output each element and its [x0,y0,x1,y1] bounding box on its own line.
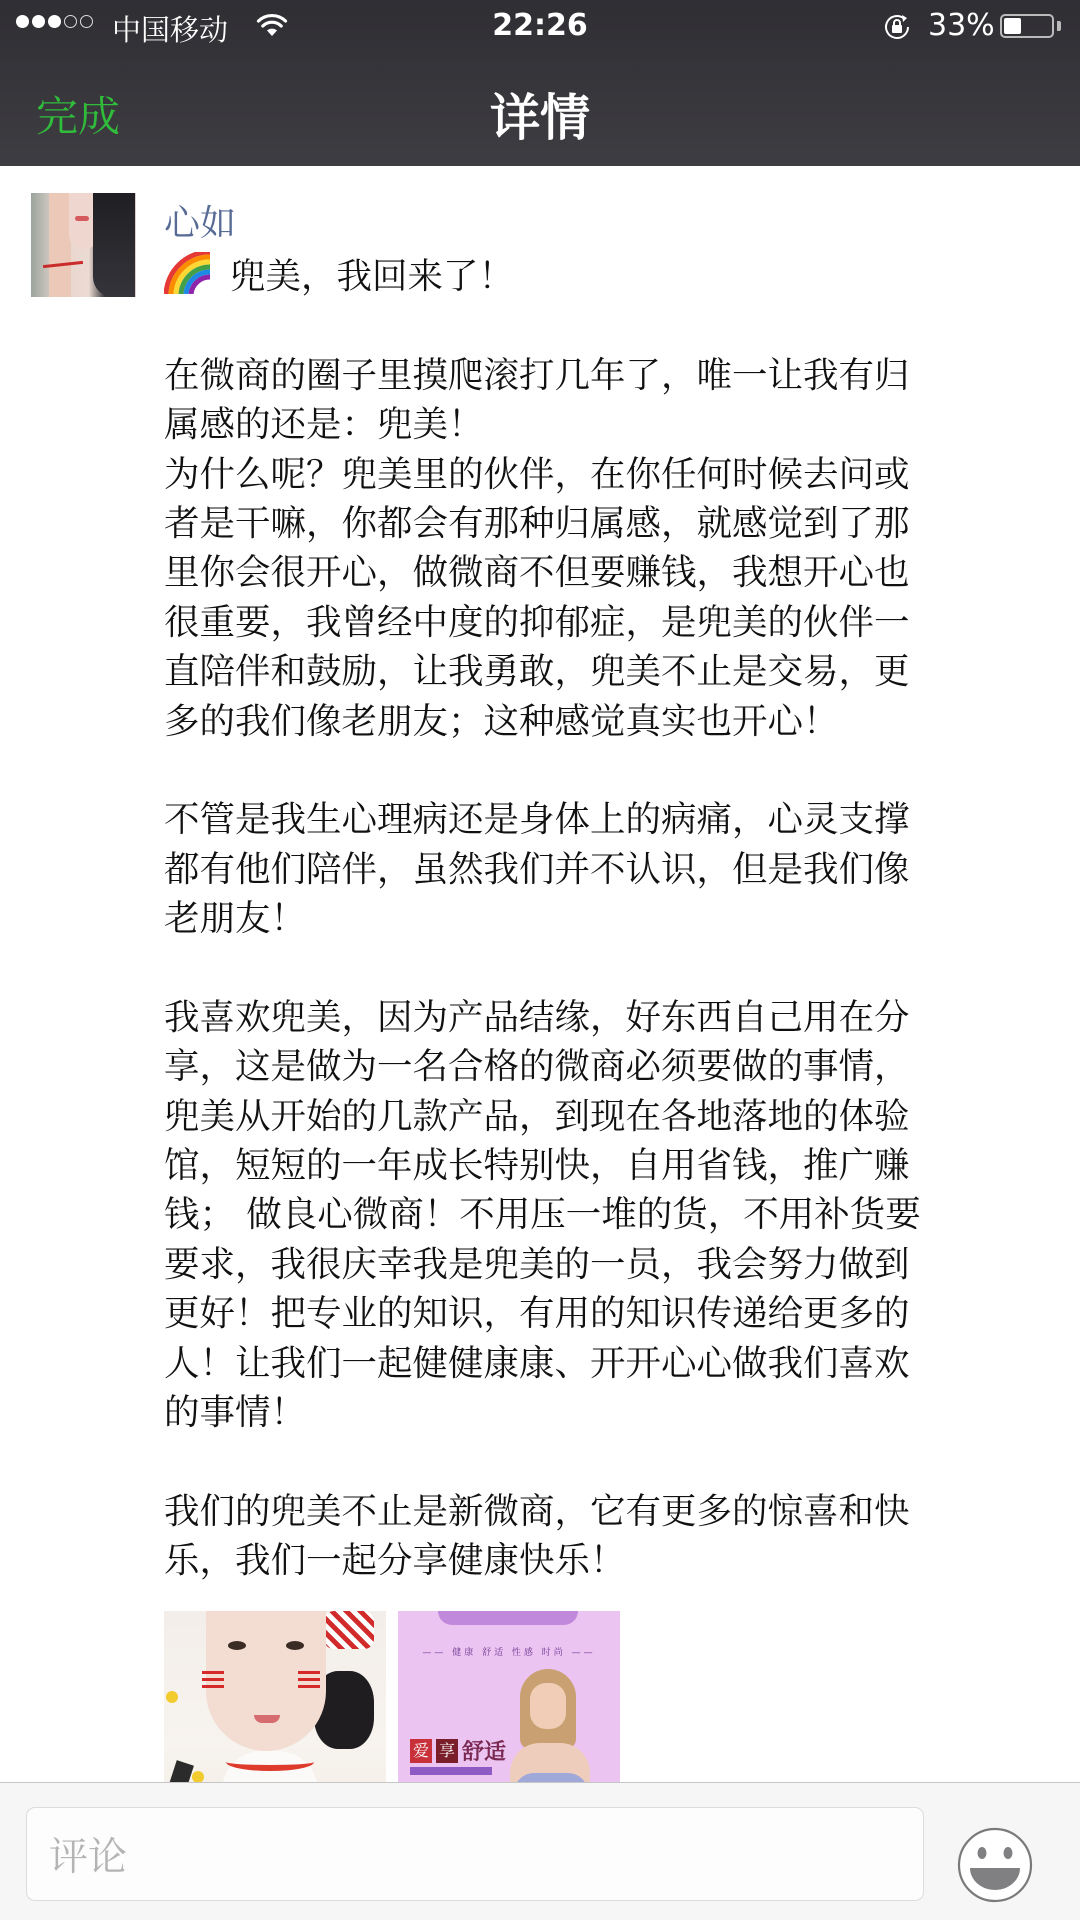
post-text: 兜美，我回来了！ 在微商的圈子里摸爬滚打几年了，唯一让我有归 属感的还是：兜美！… [164,252,1044,1586]
avatar-detail [93,193,135,297]
photo-detail [286,1641,304,1650]
photo-detail [206,1611,326,1751]
post-line: 里你会很开心，做微商不但要赚钱，我想开心也 [164,548,1044,597]
smiley-icon[interactable] [957,1827,1033,1903]
post-line: 的事情！ [164,1388,1044,1437]
status-time: 22:26 [0,8,1080,43]
ad-badge: 爱 享 舒适 [410,1735,506,1766]
status-bar: 中国移动 22:26 33% [0,0,1080,54]
post-blank-line [164,943,1044,992]
comment-input[interactable]: 评论 [26,1807,924,1901]
post-line: 老朋友！ [164,894,1044,943]
post-line: 不管是我生心理病还是身体上的病痛，心灵支撑 [164,795,1044,844]
post-line: 馆，短短的一年成长特别快，自用省钱，推广赚 [164,1141,1044,1190]
post-line: 人！让我们一起健健康康、开开心心做我们喜欢 [164,1339,1044,1388]
post-line: 很重要，我曾经中度的抑郁症，是兜美的伙伴一 [164,598,1044,647]
photo-girl-selfie[interactable] [164,1611,386,1782]
photo-detail [324,1611,374,1649]
post-detail: 心如 兜美，我回来了！ 在微商的圈子里摸爬滚打几年了，唯一让我有归 属感的还是：… [0,166,1080,1782]
post-line: 我们的兜美不止是新微商，它有更多的惊喜和快 [164,1487,1044,1536]
post-line-text: 兜美，我回来了！ [230,256,514,297]
post-line: 在微商的圈子里摸爬滚打几年了，唯一让我有归 [164,351,1044,400]
avatar[interactable] [31,193,136,297]
page-title: 详情 [0,78,1080,150]
battery-level [1004,18,1021,34]
photo-detail [514,1773,588,1782]
post-line: 更好！把专业的知识，有用的知识传递给更多的 [164,1289,1044,1338]
avatar-detail [75,216,89,221]
ad-band [410,1767,492,1775]
rainbow-icon [164,252,212,294]
post-line: 兜美从开始的几款产品，到现在各地落地的体验 [164,1092,1044,1141]
photo-product-ad[interactable]: —— 健康 舒适 性感 时尚 —— 爱 享 舒适 舒\/性感 [398,1611,620,1782]
author-name[interactable]: 心如 [164,195,236,246]
post-line: 乐，我们一起分享健康快乐！ [164,1536,1044,1585]
photo-grid: —— 健康 舒适 性感 时尚 —— 爱 享 舒适 舒\/性感 [164,1611,620,1782]
battery-tip [1057,21,1061,31]
photo-detail [202,1671,224,1674]
post-line: 兜美，我回来了！ [164,252,1044,301]
post-line: 钱； 做良心微商！不用压一堆的货，不用补货要 [164,1190,1044,1239]
post-blank-line [164,1437,1044,1486]
photo-detail [530,1683,566,1729]
top-bar: 中国移动 22:26 33% 完成 详情 [0,0,1080,166]
post-blank-line [164,301,1044,350]
avatar-detail [49,193,71,297]
post-line: 要求，我很庆幸我是兜美的一员，我会努力做到 [164,1240,1044,1289]
photo-detail [192,1771,204,1782]
battery-icon [1000,14,1054,38]
ad-badge-char: 享 [436,1739,458,1763]
photo-detail [164,1760,194,1782]
photo-detail [166,1691,178,1703]
rotation-lock-icon [882,12,912,46]
photo-detail [298,1671,320,1674]
nav-bar: 完成 详情 [0,54,1080,166]
post-line: 都有他们陪伴，虽然我们并不认识，但是我们像 [164,845,1044,894]
post-blank-line [164,746,1044,795]
ad-logo [438,1611,578,1625]
ad-badge-text: 舒适 [462,1735,506,1766]
ad-badge-char: 爱 [410,1739,432,1763]
post-line: 属感的还是：兜美！ [164,400,1044,449]
photo-detail [226,1753,314,1771]
post-line: 为什么呢？兜美里的伙伴，在你任何时候去问或 [164,450,1044,499]
post-line: 我喜欢兜美，因为产品结缘，好东西自己用在分 [164,993,1044,1042]
ad-model [510,1669,590,1782]
photo-detail [228,1641,246,1650]
ad-tags: —— 健康 舒适 性感 时尚 —— [398,1645,620,1658]
post-line: 多的我们像老朋友；这种感觉真实也开心！ [164,697,1044,746]
comment-bar: 评论 [0,1782,1080,1920]
post-line: 享，这是做为一名合格的微商必须要做的事情， [164,1042,1044,1091]
photo-detail [254,1715,280,1723]
post-line: 直陪伴和鼓励，让我勇敢，兜美不止是交易，更 [164,647,1044,696]
post-line: 者是干嘛，你都会有那种归属感，就感觉到了那 [164,499,1044,548]
battery-percentage: 33% [928,8,995,43]
